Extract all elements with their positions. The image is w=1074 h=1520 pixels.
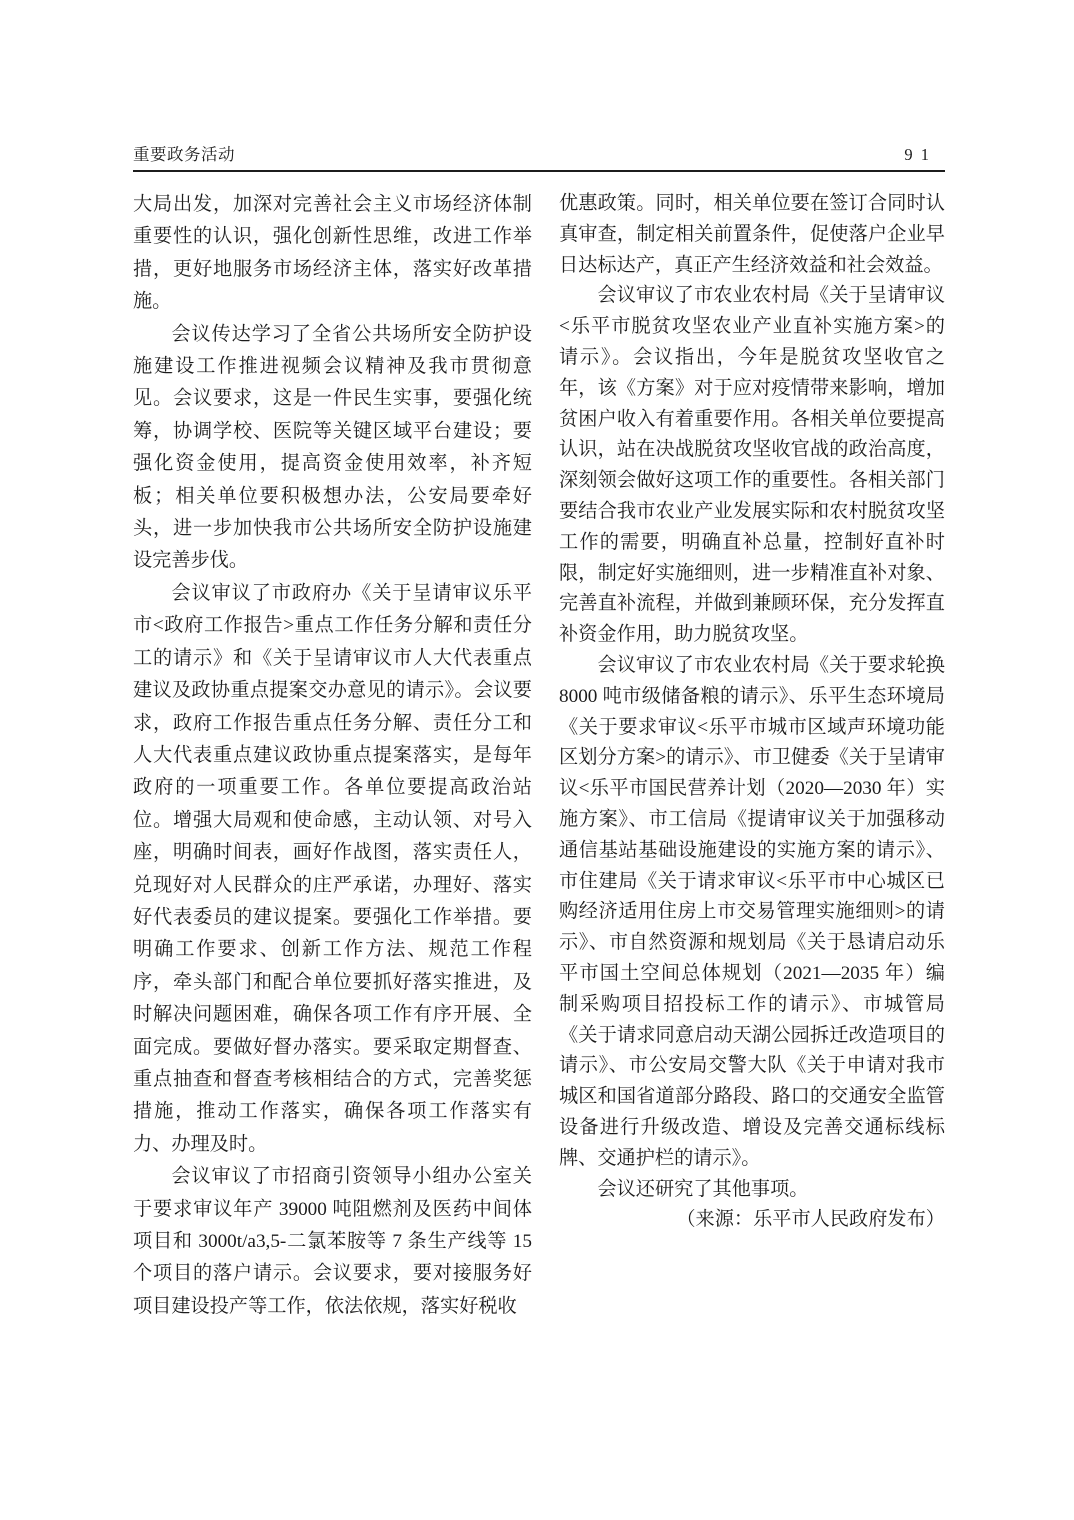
body-paragraph: 会议传达学习了全省公共场所安全防护设施建设工作推进视频会议精神及我市贯彻意见。会… [133, 319, 532, 578]
body-paragraph: 大局出发，加深对完善社会主义市场经济体制重要性的认识，强化创新性思维，改进工作举… [133, 189, 532, 319]
text-columns: 大局出发，加深对完善社会主义市场经济体制重要性的认识，强化创新性思维，改进工作举… [133, 189, 945, 1323]
left-column: 大局出发，加深对完善社会主义市场经济体制重要性的认识，强化创新性思维，改进工作举… [133, 189, 532, 1323]
body-paragraph: 优惠政策。同时，相关单位要在签订合同时认真审查，制定相关前置条件，促使落户企业早… [559, 189, 945, 281]
running-head: 重要政务活动 [133, 144, 235, 166]
body-paragraph: （来源：乐平市人民政府发布） [559, 1205, 945, 1236]
body-paragraph: 会议审议了市招商引资领导小组办公室关于要求审议年产 39000 吨阻燃剂及医药中… [133, 1161, 532, 1323]
body-paragraph: 会议审议了市政府办《关于呈请审议乐平市<政府工作报告>重点工作任务分解和责任分工… [133, 578, 532, 1161]
header-rule [133, 170, 945, 172]
right-column: 优惠政策。同时，相关单位要在签订合同时认真审查，制定相关前置条件，促使落户企业早… [559, 189, 945, 1323]
body-paragraph: 会议还研究了其他事项。 [559, 1175, 945, 1206]
page-number: 9 1 [904, 144, 931, 166]
body-paragraph: 会议审议了市农业农村局《关于呈请审议<乐平市脱贫攻坚农业产业直补实施方案>的请示… [559, 281, 945, 651]
document-page: 重要政务活动 9 1 大局出发，加深对完善社会主义市场经济体制重要性的认识，强化… [0, 0, 1074, 1520]
body-paragraph: 会议审议了市农业农村局《关于要求轮换 8000 吨市级储备粮的请示》、乐平生态环… [559, 651, 945, 1175]
page-header: 重要政务活动 9 1 [133, 144, 945, 166]
